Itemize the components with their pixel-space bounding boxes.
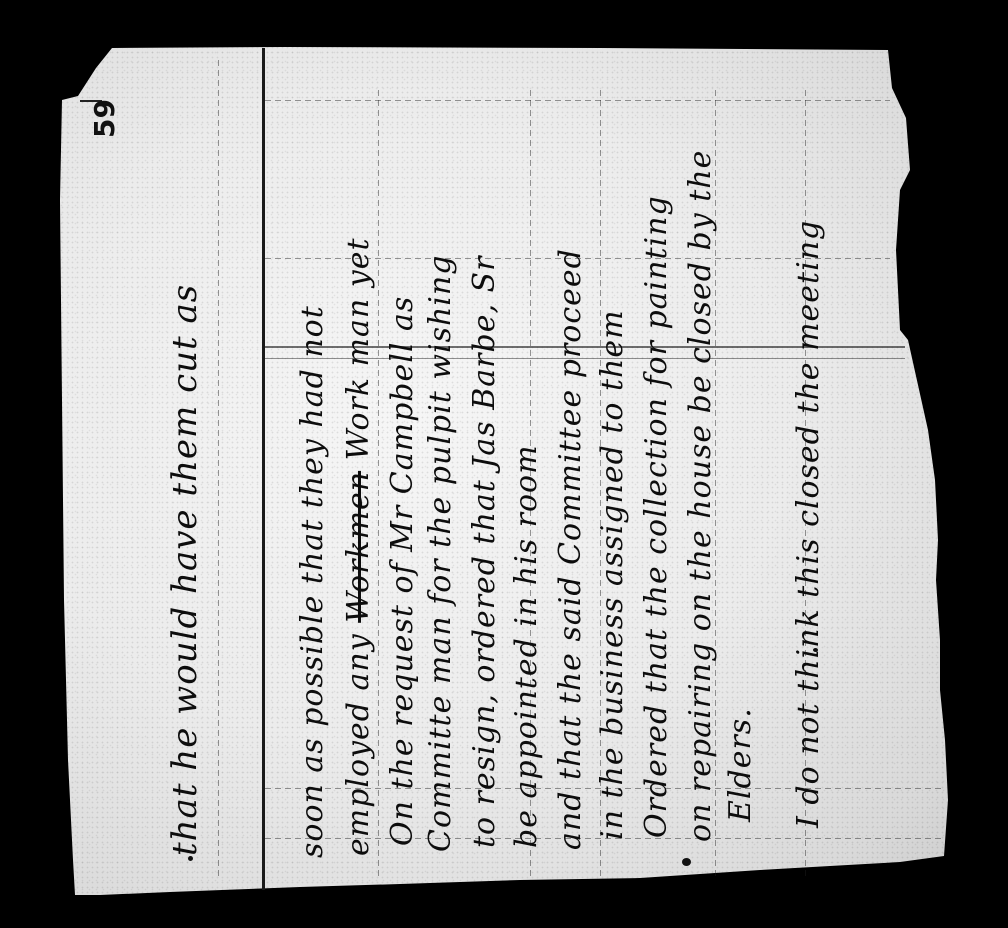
handwriting-text: in the business assigned to them bbox=[595, 309, 630, 840]
handwriting-text: Work man yet bbox=[341, 237, 376, 470]
body-line: and that the said Committee proceed bbox=[556, 248, 586, 850]
scan-viewport: 59 that he would have them cut as soon a… bbox=[0, 0, 1008, 928]
handwriting-text: I do not think this closed the meeting bbox=[791, 220, 826, 828]
page-number: 59 bbox=[88, 99, 121, 138]
body-line: I do not think this closed the meeting bbox=[794, 220, 824, 828]
handwriting-text: to resign, ordered that Jas Barbe, Sr bbox=[467, 256, 502, 848]
margin-rule bbox=[262, 48, 265, 890]
handwriting-text: that he would have them cut as bbox=[165, 284, 205, 856]
handwriting-text: On the request of Mr Campbell as bbox=[385, 296, 420, 846]
ink-blot bbox=[188, 856, 193, 861]
body-line: on repairing on the house be closed by t… bbox=[686, 150, 716, 842]
body-line: be appointed in his room bbox=[512, 444, 542, 848]
ruling-line bbox=[218, 60, 219, 880]
handwriting-text: and that the said Committee proceed bbox=[553, 248, 588, 850]
body-line: soon as possible that they had not bbox=[298, 305, 328, 858]
ruling-line bbox=[378, 90, 379, 880]
handwriting-text: on repairing on the house be closed by t… bbox=[683, 150, 718, 842]
body-line: Elders. bbox=[726, 707, 756, 822]
handwriting-text: Ordered that the collection for painting bbox=[639, 195, 674, 838]
ruling-line bbox=[265, 100, 890, 101]
handwriting-text: soon as possible that they had not bbox=[295, 305, 330, 858]
body-line: Committe man for the pulpit wishing bbox=[426, 255, 456, 852]
struck-through-word: Workmen bbox=[341, 471, 376, 623]
ink-blot bbox=[682, 858, 691, 866]
body-line: Ordered that the collection for painting bbox=[642, 195, 672, 838]
ink-blot bbox=[813, 648, 818, 652]
handwriting-text: employed any bbox=[341, 623, 376, 856]
handwriting-text: Elders. bbox=[723, 707, 758, 822]
handwriting-text: be appointed in his room bbox=[509, 444, 544, 848]
body-line: to resign, ordered that Jas Barbe, Sr bbox=[470, 256, 500, 848]
handwriting-text: Committe man for the pulpit wishing bbox=[423, 255, 458, 852]
body-line: in the business assigned to them bbox=[598, 309, 628, 840]
body-line: On the request of Mr Campbell as bbox=[388, 296, 418, 846]
body-line: employed any Workmen Work man yet bbox=[344, 237, 374, 856]
header-line: that he would have them cut as bbox=[168, 284, 202, 856]
